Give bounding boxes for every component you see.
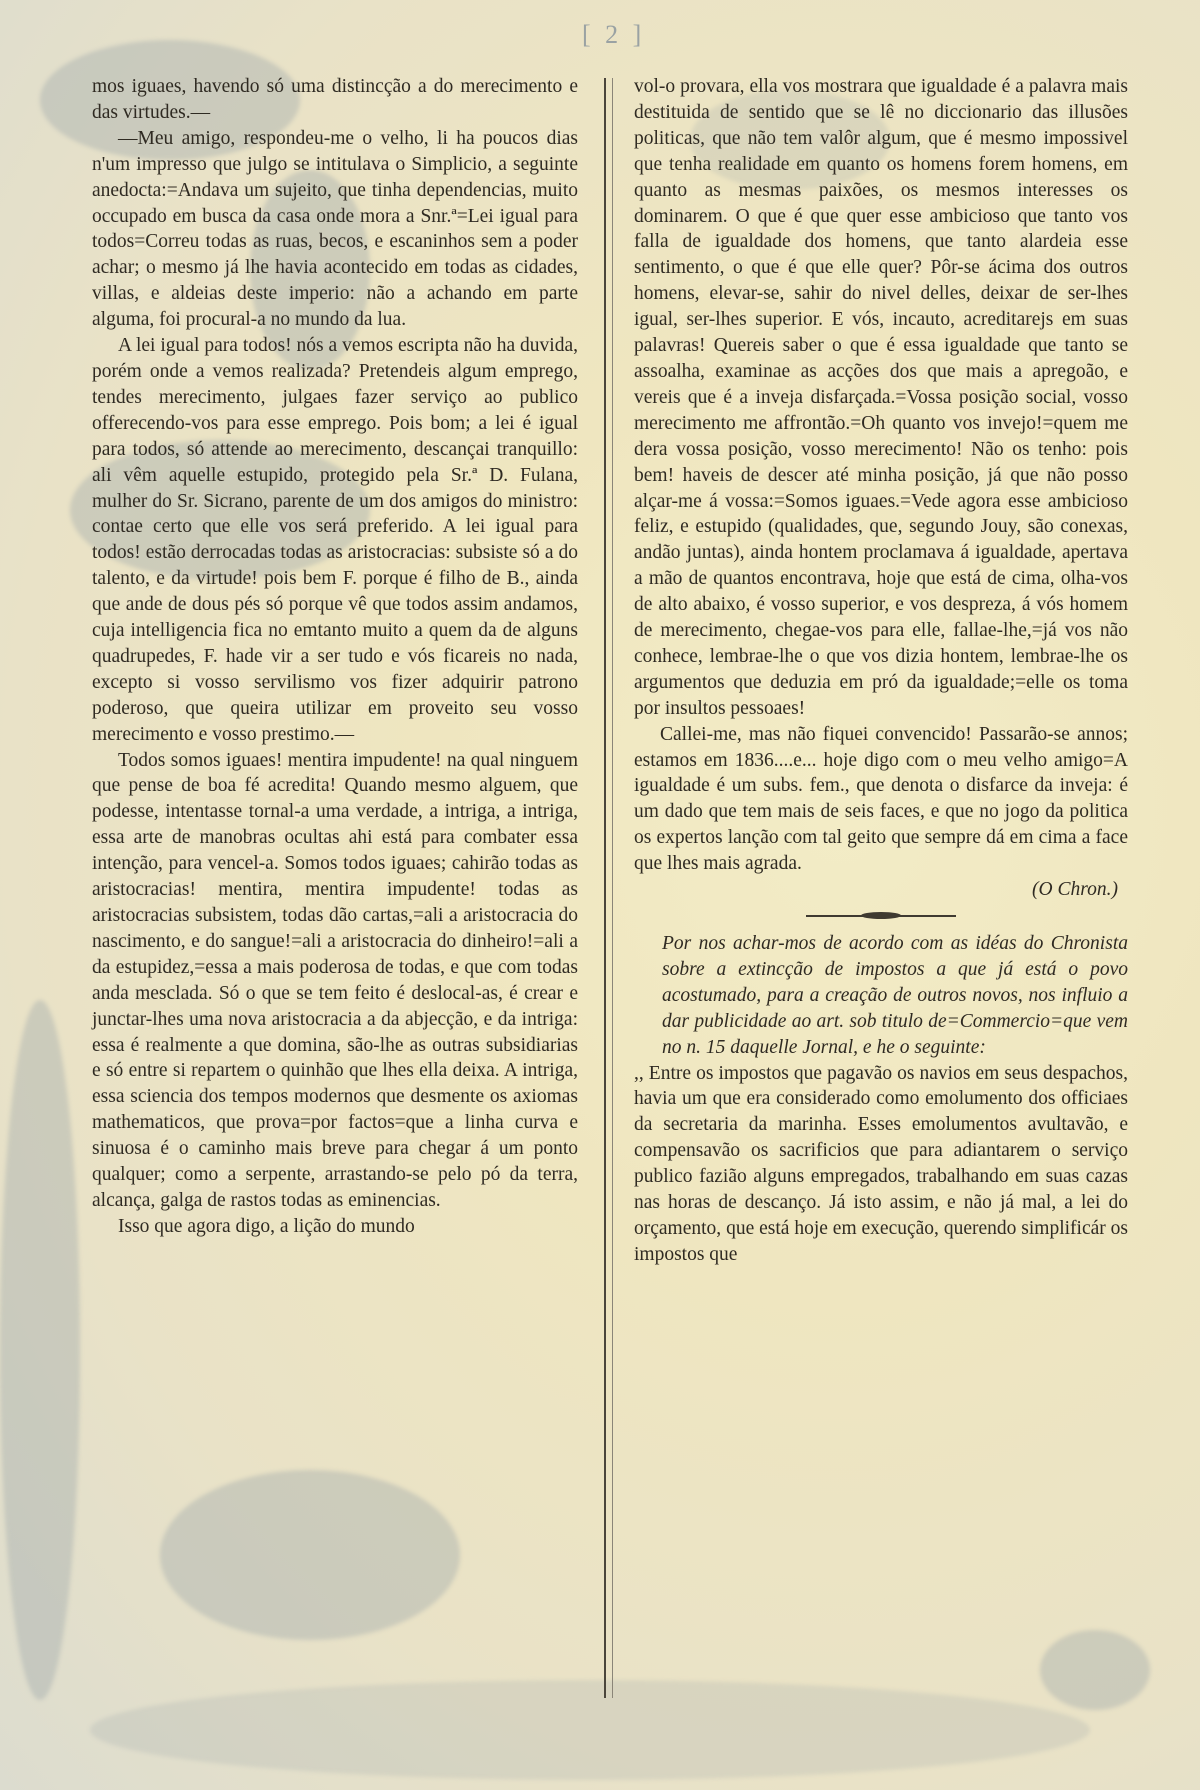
water-stain: [1040, 1630, 1150, 1710]
paragraph: —Meu amigo, respondeu-me o velho, li ha …: [92, 126, 578, 333]
paragraph: A lei igual para todos! nós a vemos escr…: [92, 333, 578, 748]
ornamental-divider: [634, 915, 1128, 917]
page-number: [ 2 ]: [582, 20, 645, 50]
paragraph: Isso que agora digo, a lição do mundo: [92, 1214, 578, 1240]
paragraph: Todos somos iguaes! mentira impudente! n…: [92, 748, 578, 1214]
paragraph: mos iguaes, havendo só uma distincção a …: [92, 74, 578, 126]
newspaper-page: [ 2 ] mos iguaes, havendo só uma distinc…: [0, 0, 1200, 1790]
article-signature: (O Chron.): [634, 877, 1128, 903]
quoted-article: ,, Entre os impostos que pagavão os navi…: [634, 1061, 1128, 1268]
water-stain: [90, 1680, 1090, 1780]
paragraph: vol-o provara, ella vos mostrara que igu…: [634, 74, 1128, 722]
column-rule: [604, 78, 606, 1698]
water-stain: [0, 1000, 80, 1700]
right-column: vol-o provara, ella vos mostrara que igu…: [634, 74, 1128, 1268]
left-column: mos iguaes, havendo só uma distincção a …: [92, 74, 578, 1240]
water-stain: [160, 1470, 460, 1640]
paragraph: Callei-me, mas não fiquei convencido! Pa…: [634, 722, 1128, 877]
editorial-notice: Por nos achar-mos de acordo com as idéas…: [634, 931, 1128, 1061]
column-rule: [612, 78, 613, 1698]
